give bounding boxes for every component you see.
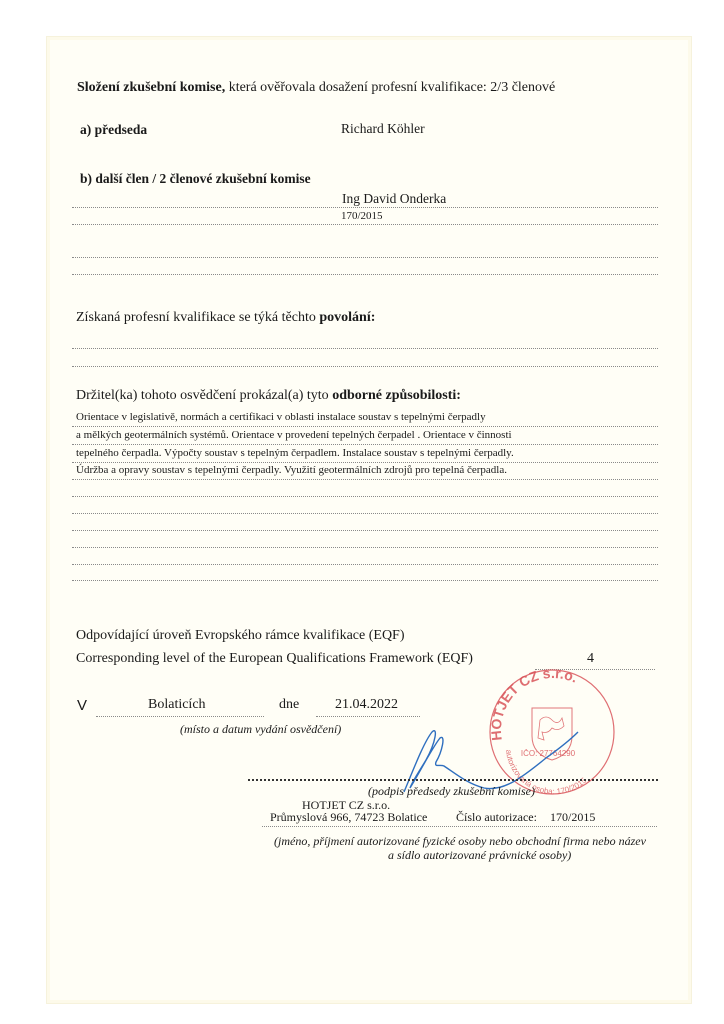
member-line-3 [72, 257, 658, 258]
authorized-person-caption-1: (jméno, příjmení autorizované fyzické os… [274, 834, 646, 849]
authorization-label: Číslo autorizace: [456, 810, 537, 825]
eqf-label-en: Corresponding level of the European Qual… [76, 651, 473, 667]
occupation-heading-bold: povolání: [319, 310, 375, 325]
competence-rule [72, 547, 658, 548]
place-line [96, 716, 264, 717]
committee-heading-rest: která ověřovala dosažení profesní kvalif… [225, 80, 555, 95]
committee-heading: Složení zkušební komise, která ověřovala… [77, 80, 555, 96]
competence-line: Orientace v legislativě, normách a certi… [76, 411, 486, 423]
company-address: Průmyslová 966, 74723 Bolatice [270, 810, 427, 825]
date-line [316, 716, 420, 717]
competence-rule [72, 513, 658, 514]
competence-line: Údržba a opravy soustav s tepelnými čerp… [76, 464, 507, 476]
competence-rule [72, 496, 658, 497]
competences-heading-bold: odborné způsobilosti: [332, 388, 461, 403]
competence-rule [72, 530, 658, 531]
occupation-line-2 [72, 366, 658, 367]
competence-rule [72, 426, 658, 427]
committee-heading-bold: Složení zkušební komise, [77, 80, 225, 95]
chair-name: Richard Köhler [341, 121, 425, 137]
issue-date: 21.04.2022 [335, 697, 398, 713]
competence-rule [72, 564, 658, 565]
signature-caption: (podpis předsedy zkušební komise) [368, 784, 535, 799]
competence-rule [72, 444, 658, 445]
authorization-number: 170/2015 [550, 810, 595, 825]
occupation-heading: Získaná profesní kvalifikace se týká těc… [76, 310, 375, 326]
competence-line: tepelného čerpadla. Výpočty soustav s te… [76, 447, 514, 459]
issue-place: Bolaticích [148, 697, 206, 713]
competences-heading: Držitel(ka) tohoto osvědčení prokázal(a)… [76, 388, 461, 404]
place-date-caption: (místo a datum vydání osvědčení) [180, 722, 341, 737]
member-name: Ing David Onderka [342, 191, 446, 207]
competences-heading-plain: Držitel(ka) tohoto osvědčení prokázal(a)… [76, 388, 332, 403]
competence-rule [72, 580, 658, 581]
member-line-1 [72, 207, 658, 208]
date-prefix: dne [279, 697, 299, 713]
member-line-2 [72, 224, 658, 225]
authorized-person-caption-2: a sídlo autorizované právnické osoby) [388, 848, 571, 863]
place-prefix: V [77, 697, 87, 714]
member-line-4 [72, 274, 658, 275]
occupation-heading-plain: Získaná profesní kvalifikace se týká těc… [76, 310, 319, 325]
signature-line [248, 779, 658, 781]
competence-line: a mělkých geotermálních systémů. Orienta… [76, 429, 512, 441]
competence-rule [72, 479, 658, 480]
occupation-line-1 [72, 348, 658, 349]
eqf-label-cz: Odpovídající úroveň Evropského rámce kva… [76, 628, 405, 644]
company-line [262, 826, 657, 827]
member-label: b) další člen / 2 členové zkušební komis… [80, 171, 311, 187]
member-auth-number: 170/2015 [341, 210, 383, 222]
chair-label: a) předseda [80, 122, 147, 138]
competence-rule [72, 462, 658, 463]
